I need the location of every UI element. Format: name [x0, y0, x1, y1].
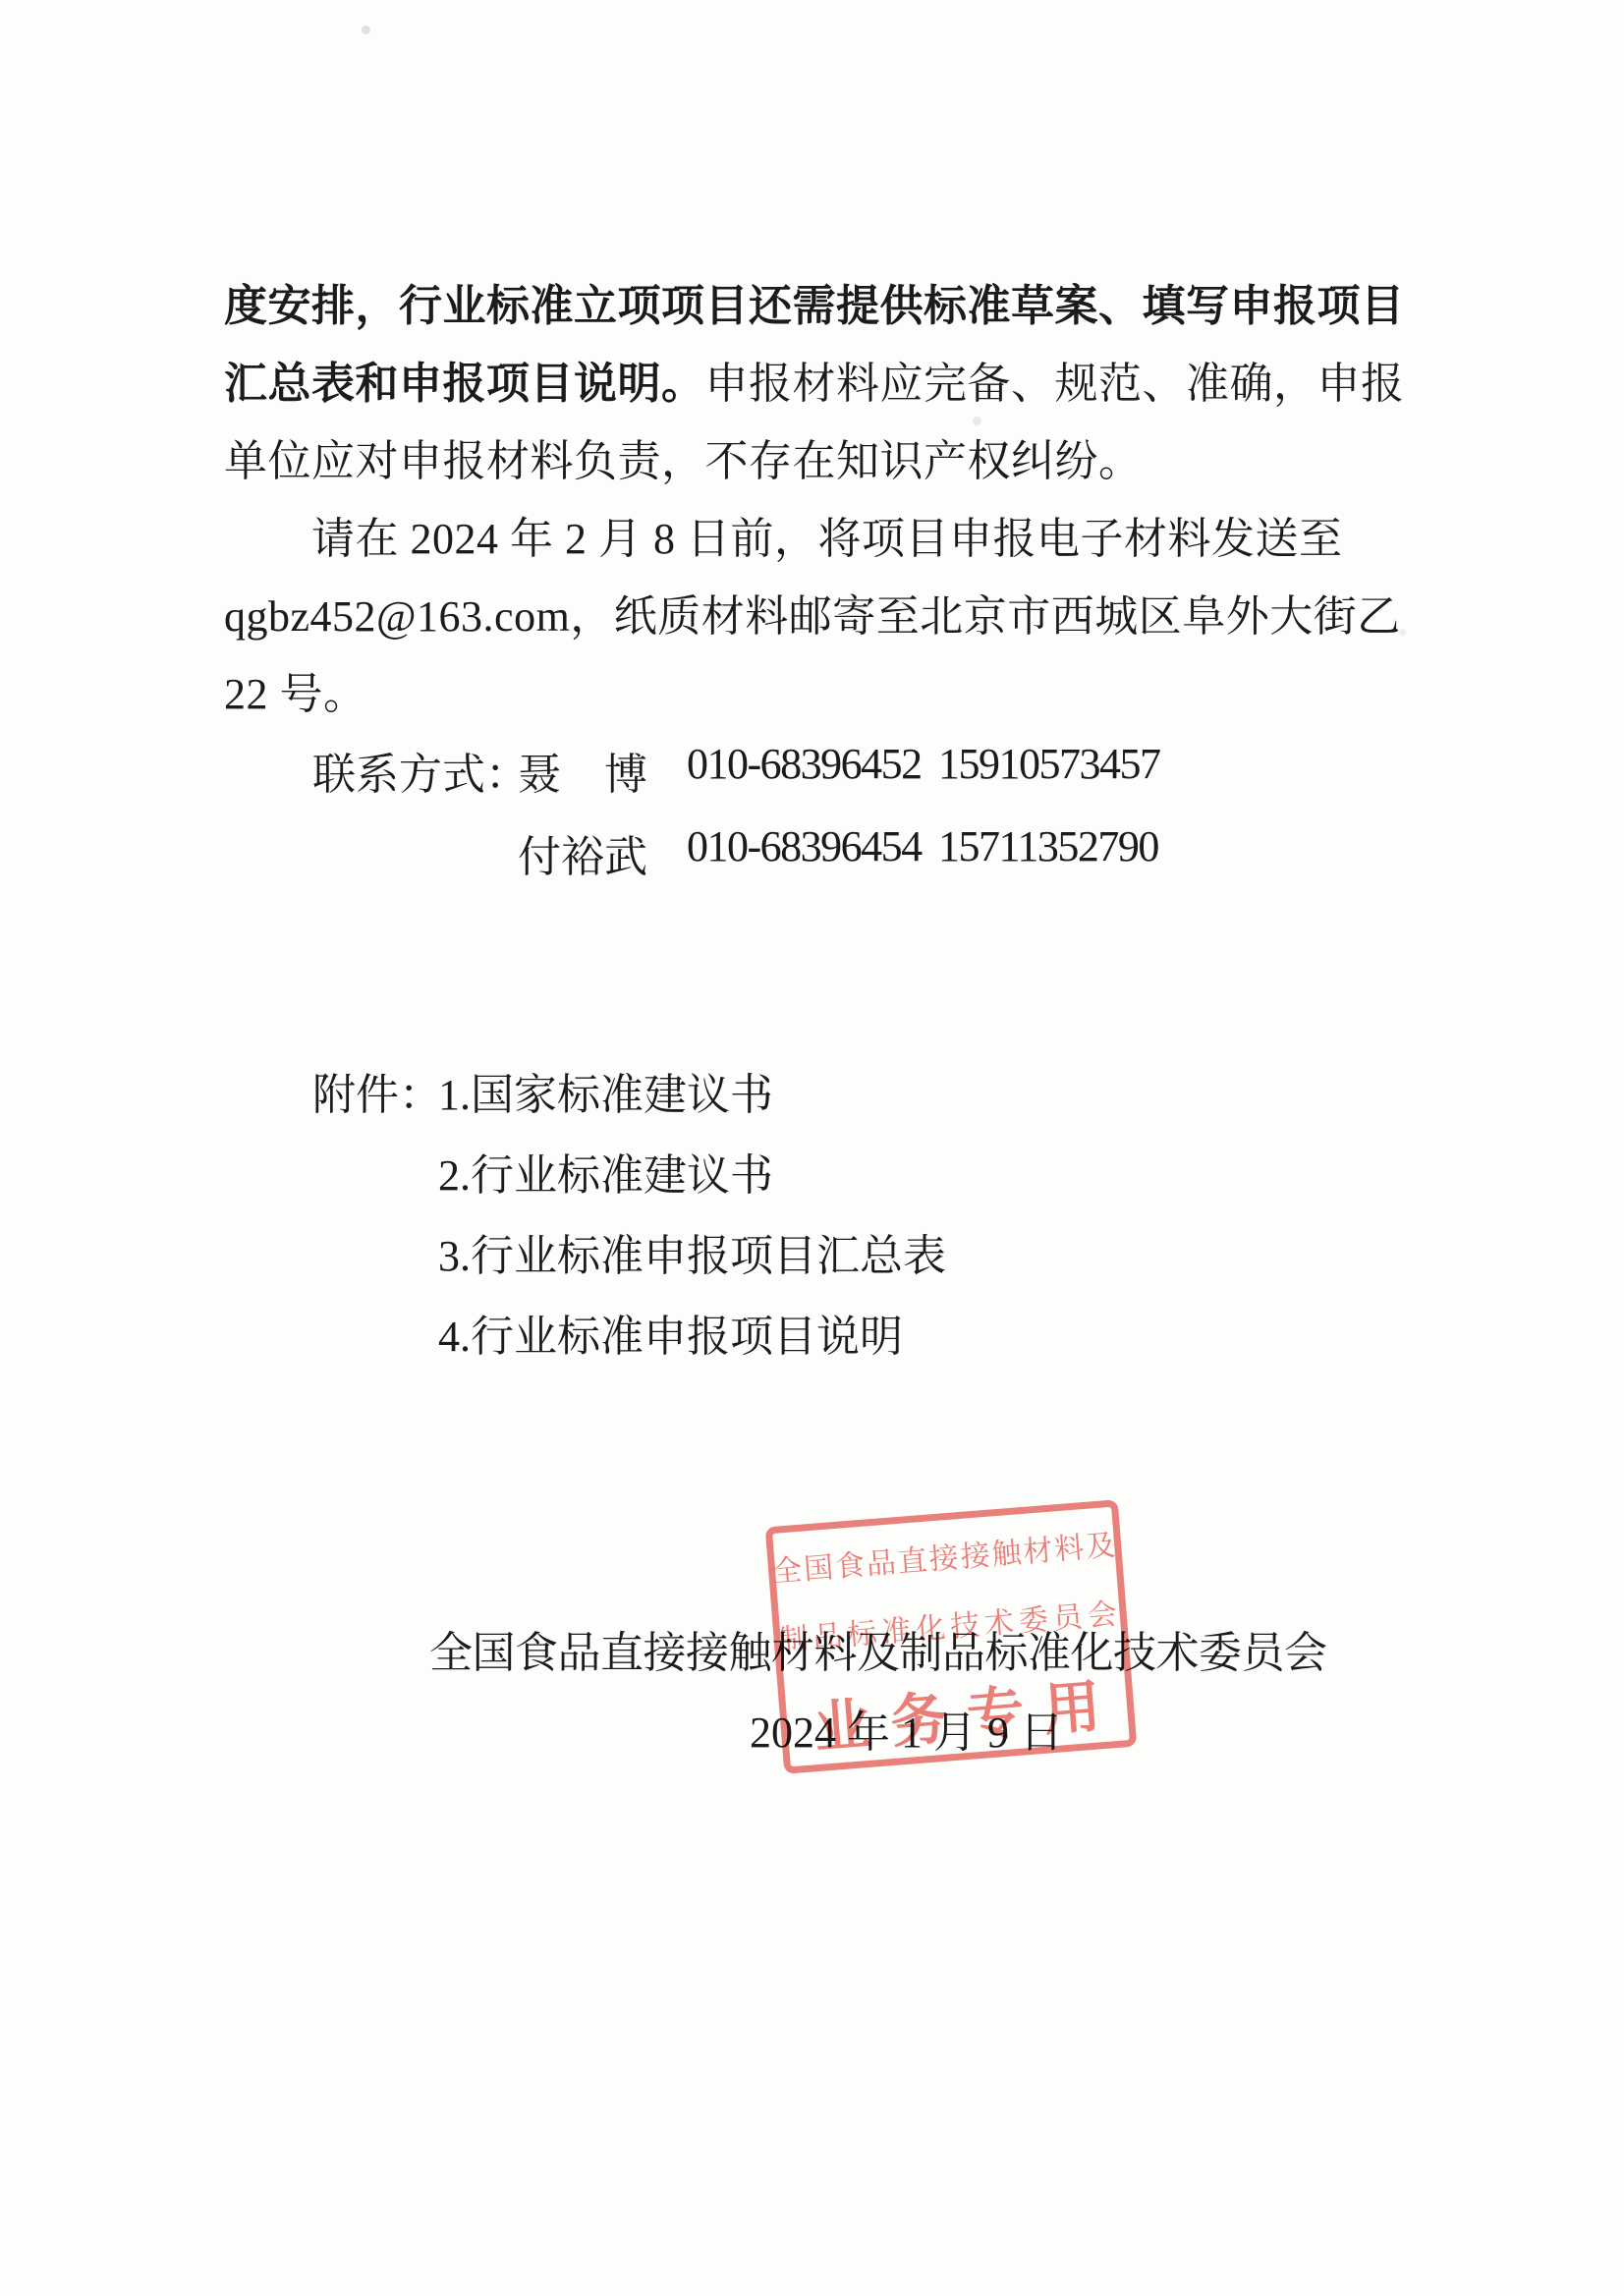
- contact-mobile-2: 15711352790: [938, 821, 1158, 871]
- contact-row-1: 联系方式： 聂 博 010-68396452 15910573457: [0, 739, 1624, 819]
- body-line-2-rest: 申报材料应完备、规范、准确，申报: [705, 360, 1405, 408]
- signature-date: 2024 年 1 月 9 日: [750, 1697, 1063, 1760]
- body-line-1: 度安排，行业标准立项项目还需提供标准草案、填写申报项目: [224, 267, 1411, 345]
- contact-tel-2: 010-68396454: [687, 821, 922, 871]
- document-page: 度安排，行业标准立项项目还需提供标准草案、填写申报项目 汇总表和申报项目说明。申…: [0, 0, 1624, 2296]
- attachments-label: 附件：: [312, 1059, 442, 1122]
- attachment-item-2: 2.行业标准建议书: [438, 1140, 773, 1203]
- body-line-4: 请在 2024 年 2 月 8 日前，将项目申报电子材料发送至: [224, 500, 1411, 578]
- body-paragraphs: 度安排，行业标准立项项目还需提供标准草案、填写申报项目 汇总表和申报项目说明。申…: [224, 267, 1411, 733]
- stamp-text-line-1: 全国食品直接接触材料及: [770, 1521, 1118, 1591]
- contact-tel-1: 010-68396452: [687, 739, 922, 789]
- attachment-item-1: 1.国家标准建议书: [438, 1059, 773, 1122]
- signature-organization: 全国食品直接接触材料及制品标准化技术委员会: [429, 1617, 1327, 1680]
- attachments-row-2: 2.行业标准建议书: [0, 1140, 1624, 1220]
- attachment-item-4: 4.行业标准申报项目说明: [438, 1301, 903, 1364]
- body-line-6: 22 号。: [224, 655, 1411, 733]
- contact-label: 联系方式：: [312, 739, 529, 802]
- body-line-5: qgbz452@163.com，纸质材料邮寄至北京市西城区阜外大街乙: [224, 578, 1411, 655]
- attachments-row-4: 4.行业标准申报项目说明: [0, 1301, 1624, 1381]
- attachments-row-3: 3.行业标准申报项目汇总表: [0, 1220, 1624, 1301]
- contact-name-2: 付裕武: [518, 821, 647, 884]
- scan-speck: [362, 26, 370, 34]
- contact-mobile-1: 15910573457: [938, 739, 1160, 789]
- body-line-2: 汇总表和申报项目说明。申报材料应完备、规范、准确，申报: [224, 345, 1411, 422]
- contact-row-2: 付裕武 010-68396454 15711352790: [0, 821, 1624, 902]
- attachment-item-3: 3.行业标准申报项目汇总表: [438, 1220, 946, 1283]
- contact-name-1: 聂 博: [518, 739, 647, 802]
- body-line-3: 单位应对申报材料负责，不存在知识产权纠纷。: [224, 422, 1411, 500]
- attachments-row-1: 附件： 1.国家标准建议书: [0, 1059, 1624, 1140]
- body-line-2-emphasis: 汇总表和申报项目说明。: [224, 360, 705, 408]
